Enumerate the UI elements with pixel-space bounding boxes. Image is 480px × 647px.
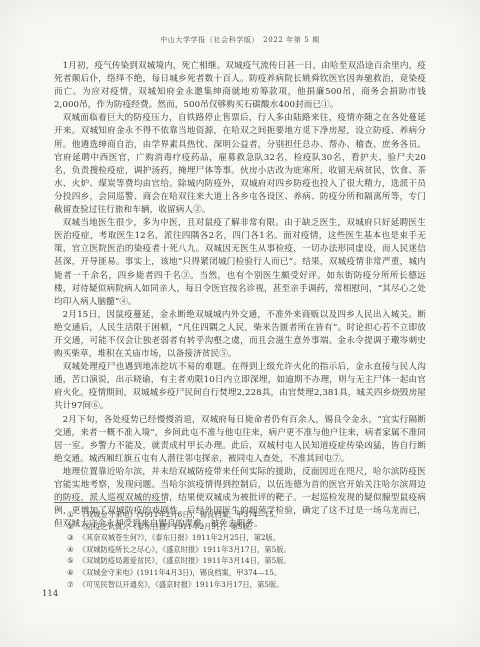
paragraph: 双城面临着巨大的防疫压力，自铁路停止售票后，行人多由陆路来往，疫情亦随之在各处蔓… <box>54 112 426 217</box>
running-head: 中山大学学报（社会科学版） 2022 年第 5 期 <box>0 35 480 45</box>
footnote: ①《双城金守来电》(1911年2月6日)，锡良档案，甲374—15。 <box>54 509 428 521</box>
paragraph: 双城当地医生很少，多为中医，且对鼠疫了解非常有限。由于缺乏医生，双城府只好延聘医… <box>54 217 426 309</box>
footnote-marker: ⑦ <box>67 580 74 589</box>
page-number: 114 <box>42 589 58 599</box>
footnote-text: 《双城防疫局惠爱贫民》，《盛京时报》1911年3月14日，第5版。 <box>79 556 291 565</box>
footnote-marker: ⑤ <box>67 556 74 565</box>
footnote: ④《双城防疫所长之尽心》，《盛京时报》1911年3月17日，第5版。 <box>54 544 428 556</box>
footnote-text: 《双城金守来电》(1911年4月3日)，锡良档案，甲374—15。 <box>79 568 282 577</box>
footnote: ②《防疫之认真》，《泰东日报》1911年2月9日，第5版。 <box>54 521 428 533</box>
footnote: ③《其奈双城苍生何?》，《泰东日报》1911年2月25日，第2版。 <box>54 532 428 544</box>
article-body: 1月初，疫气传染到双城境内，死亡相继。双城疫气流传日甚一日，由哈至双沿途百余里内… <box>54 60 426 531</box>
footnote-text: 《双城金守来电》(1911年2月6日)，锡良档案，甲374—15。 <box>79 510 282 519</box>
footnote: ⑤《双城防疫局惠爱贫民》，《盛京时报》1911年3月14日，第5版。 <box>54 555 428 567</box>
footnote: ⑦《可见民智以开通矣》，《盛京时报》1911年3月17日，第5版。 <box>54 579 428 591</box>
footnote-text: 《双城防疫所长之尽心》，《盛京时报》1911年3月17日，第5版。 <box>79 545 291 554</box>
paragraph: 2月15日，因鼠疫蔓延，金永断绝双城城内外交通，不准外来商贩以及四乡人民出入城关… <box>54 309 426 361</box>
footnote-marker: ② <box>67 522 74 531</box>
footnote-text: 《可见民智以开通矣》，《盛京时报》1911年3月17日，第5版。 <box>79 580 284 589</box>
journal-page-scan: 中山大学学报（社会科学版） 2022 年第 5 期 1月初，疫气传染到双城境内，… <box>0 0 480 647</box>
footnote-separator <box>54 502 166 503</box>
footnote-marker: ⑥ <box>67 568 74 577</box>
footnotes-list: ①《双城金守来电》(1911年2月6日)，锡良档案，甲374—15。 ②《防疫之… <box>54 509 428 590</box>
footnote-text: 《其奈双城苍生何?》，《泰东日报》1911年2月25日，第2版。 <box>79 533 281 542</box>
footnote-marker: ① <box>67 510 74 519</box>
footnote-marker: ③ <box>67 533 74 542</box>
footnote-marker: ④ <box>67 545 74 554</box>
paragraph: 2月下旬，各处疫势已经慢慢消退，双城府每日毙命者仍有百余人，锡良令金永，“宜实行… <box>54 414 426 466</box>
footnote: ⑥《双城金守来电》(1911年4月3日)，锡良档案，甲374—15。 <box>54 567 428 579</box>
footnote-text: 《防疫之认真》，《泰东日报》1911年2月9日，第5版。 <box>79 522 257 531</box>
paragraph: 双城处理疫尸也遇到地冻挖坑不易的难题。在得到上级允许火化的指示后，金永直接与民人… <box>54 361 426 413</box>
paragraph: 1月初，疫气传染到双城境内，死亡相继。双城疫气流传日甚一日，由哈至双沿途百余里内… <box>54 60 426 112</box>
